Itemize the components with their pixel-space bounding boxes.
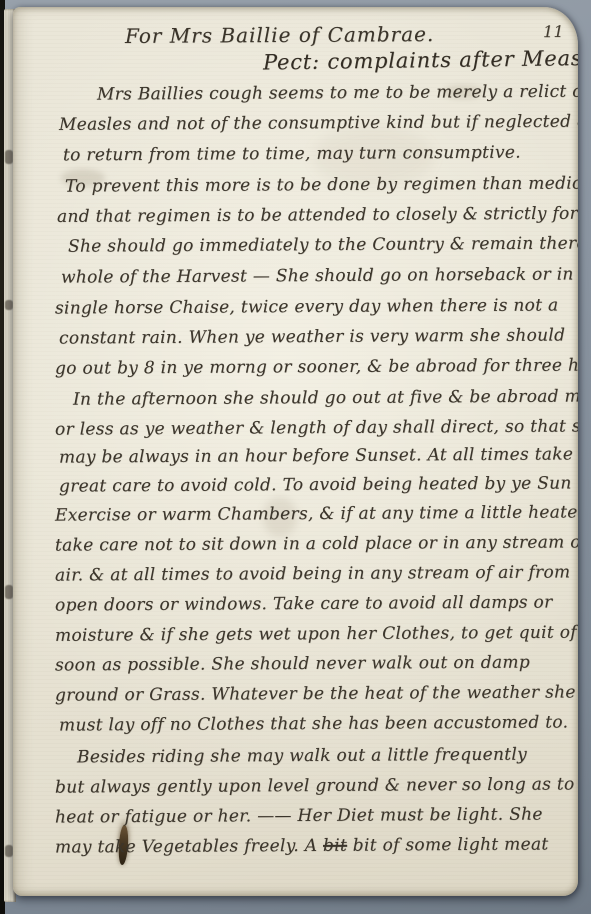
manuscript-line: great care to avoid cold. To avoid being…	[59, 475, 572, 495]
docket-note: Pect: complaints after Measles.	[263, 47, 578, 73]
page-title: For Mrs Baillie of Cambrae.	[125, 24, 434, 46]
manuscript-line: Exercise or warm Chambers, & if at any t…	[55, 504, 578, 524]
manuscript-line: take care not to sit down in a cold plac…	[55, 534, 578, 554]
manuscript-line: open doors or windows. Take care to avoi…	[55, 594, 553, 614]
manuscript-line: to return from time to time, may turn co…	[63, 145, 521, 165]
manuscript-line: and that regimen is to be attended to cl…	[57, 205, 578, 226]
manuscript-line: single horse Chaise, twice every day whe…	[55, 297, 559, 317]
manuscript-line: go out by 8 in ye morng or sooner, & be …	[55, 357, 578, 377]
manuscript-line: but always gently upon level ground & ne…	[55, 776, 575, 796]
manuscript-line: ground or Grass. Whatever be the heat of…	[55, 684, 576, 704]
manuscript-line: or less as ye weather & length of day sh…	[55, 418, 578, 438]
manuscript-line: In the afternoon she should go out at fi…	[73, 388, 578, 408]
manuscript-line: soon as possible. She should never walk …	[55, 655, 530, 675]
manuscript-line: may be always in an hour before Sunset. …	[59, 446, 573, 466]
manuscript-line: constant rain. When ye weather is very w…	[59, 327, 565, 347]
manuscript-line: air. & at all times to avoid being in an…	[55, 564, 571, 584]
manuscript-line: Besides riding she may walk out a little…	[77, 747, 527, 767]
manuscript-line: must lay off no Clothes that she has bee…	[59, 714, 568, 734]
manuscript-page: For Mrs Baillie of Cambrae. 11 Pect: com…	[13, 7, 578, 896]
struck-word: bit	[323, 836, 347, 856]
manuscript-line: whole of the Harvest — She should go on …	[61, 266, 578, 286]
manuscript-line: heat or fatigue or her. —— Her Diet must…	[55, 807, 543, 827]
manuscript-line: may take Vegetables freely. A bit bit of…	[55, 836, 549, 856]
stitch-mark	[5, 845, 13, 857]
page-number: 11	[543, 24, 564, 40]
stitch-mark	[5, 150, 13, 164]
manuscript-line: moisture & if she gets wet upon her Clot…	[55, 624, 578, 645]
scanned-manuscript-page: For Mrs Baillie of Cambrae. 11 Pect: com…	[0, 0, 591, 914]
stitch-mark	[5, 300, 13, 310]
stitch-mark	[5, 585, 13, 599]
manuscript-line: Mrs Baillies cough seems to me to be mer…	[97, 83, 578, 103]
manuscript-line: She should go immediately to the Country…	[68, 235, 578, 255]
manuscript-line: To prevent this more is to be done by re…	[65, 175, 578, 195]
manuscript-line: Measles and not of the consumptive kind …	[59, 113, 578, 134]
